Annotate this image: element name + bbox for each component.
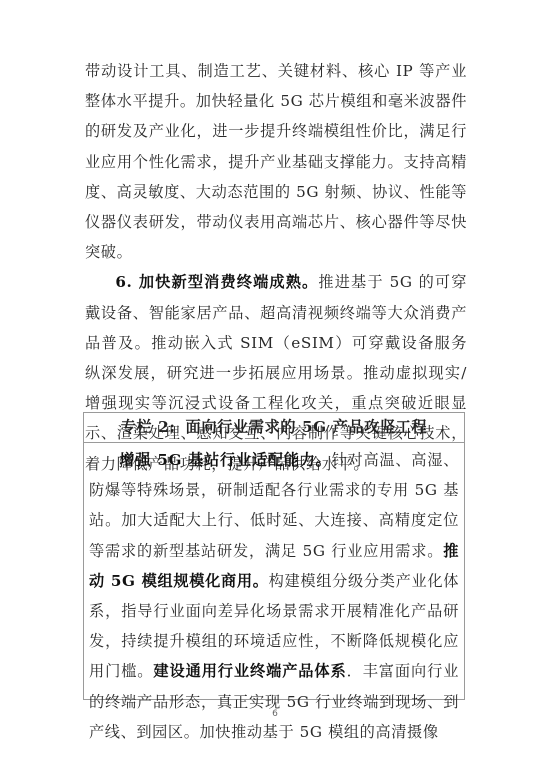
column-box-title-text: 面向行业需求的 5G 产品攻坚工程 xyxy=(186,418,428,436)
segment-3-heading: 建设通用行业终端产品体系 xyxy=(153,662,346,680)
document-page: 带动设计工具、制造工艺、关键材料、核心 IP 等产业整体水平提升。加快轻量化 5… xyxy=(0,0,550,778)
column-box-label: 专栏 2: xyxy=(121,418,176,436)
paragraph-1: 带动设计工具、制造工艺、关键材料、核心 IP 等产业整体水平提升。加快轻量化 5… xyxy=(85,56,467,267)
column-box-paragraph: 增强 5G 基站行业适配能力。针对高温、高湿、防爆等特殊场景，研制适配各行业需求… xyxy=(89,445,459,747)
paragraph-2-heading: 6. 加快新型消费终端成熟。 xyxy=(115,273,318,291)
column-box-title: 专栏 2:面向行业需求的 5G 产品攻坚工程 xyxy=(84,413,464,443)
page-number: 6 xyxy=(0,709,550,719)
segment-1-heading: 增强 5G 基站行业适配能力。 xyxy=(119,451,331,469)
column-box-body: 增强 5G 基站行业适配能力。针对高温、高湿、防爆等特殊场景，研制适配各行业需求… xyxy=(84,445,464,747)
column-box: 专栏 2:面向行业需求的 5G 产品攻坚工程 增强 5G 基站行业适配能力。针对… xyxy=(83,412,465,700)
paragraph-1-text: 带动设计工具、制造工艺、关键材料、核心 IP 等产业整体水平提升。加快轻量化 5… xyxy=(85,62,467,261)
